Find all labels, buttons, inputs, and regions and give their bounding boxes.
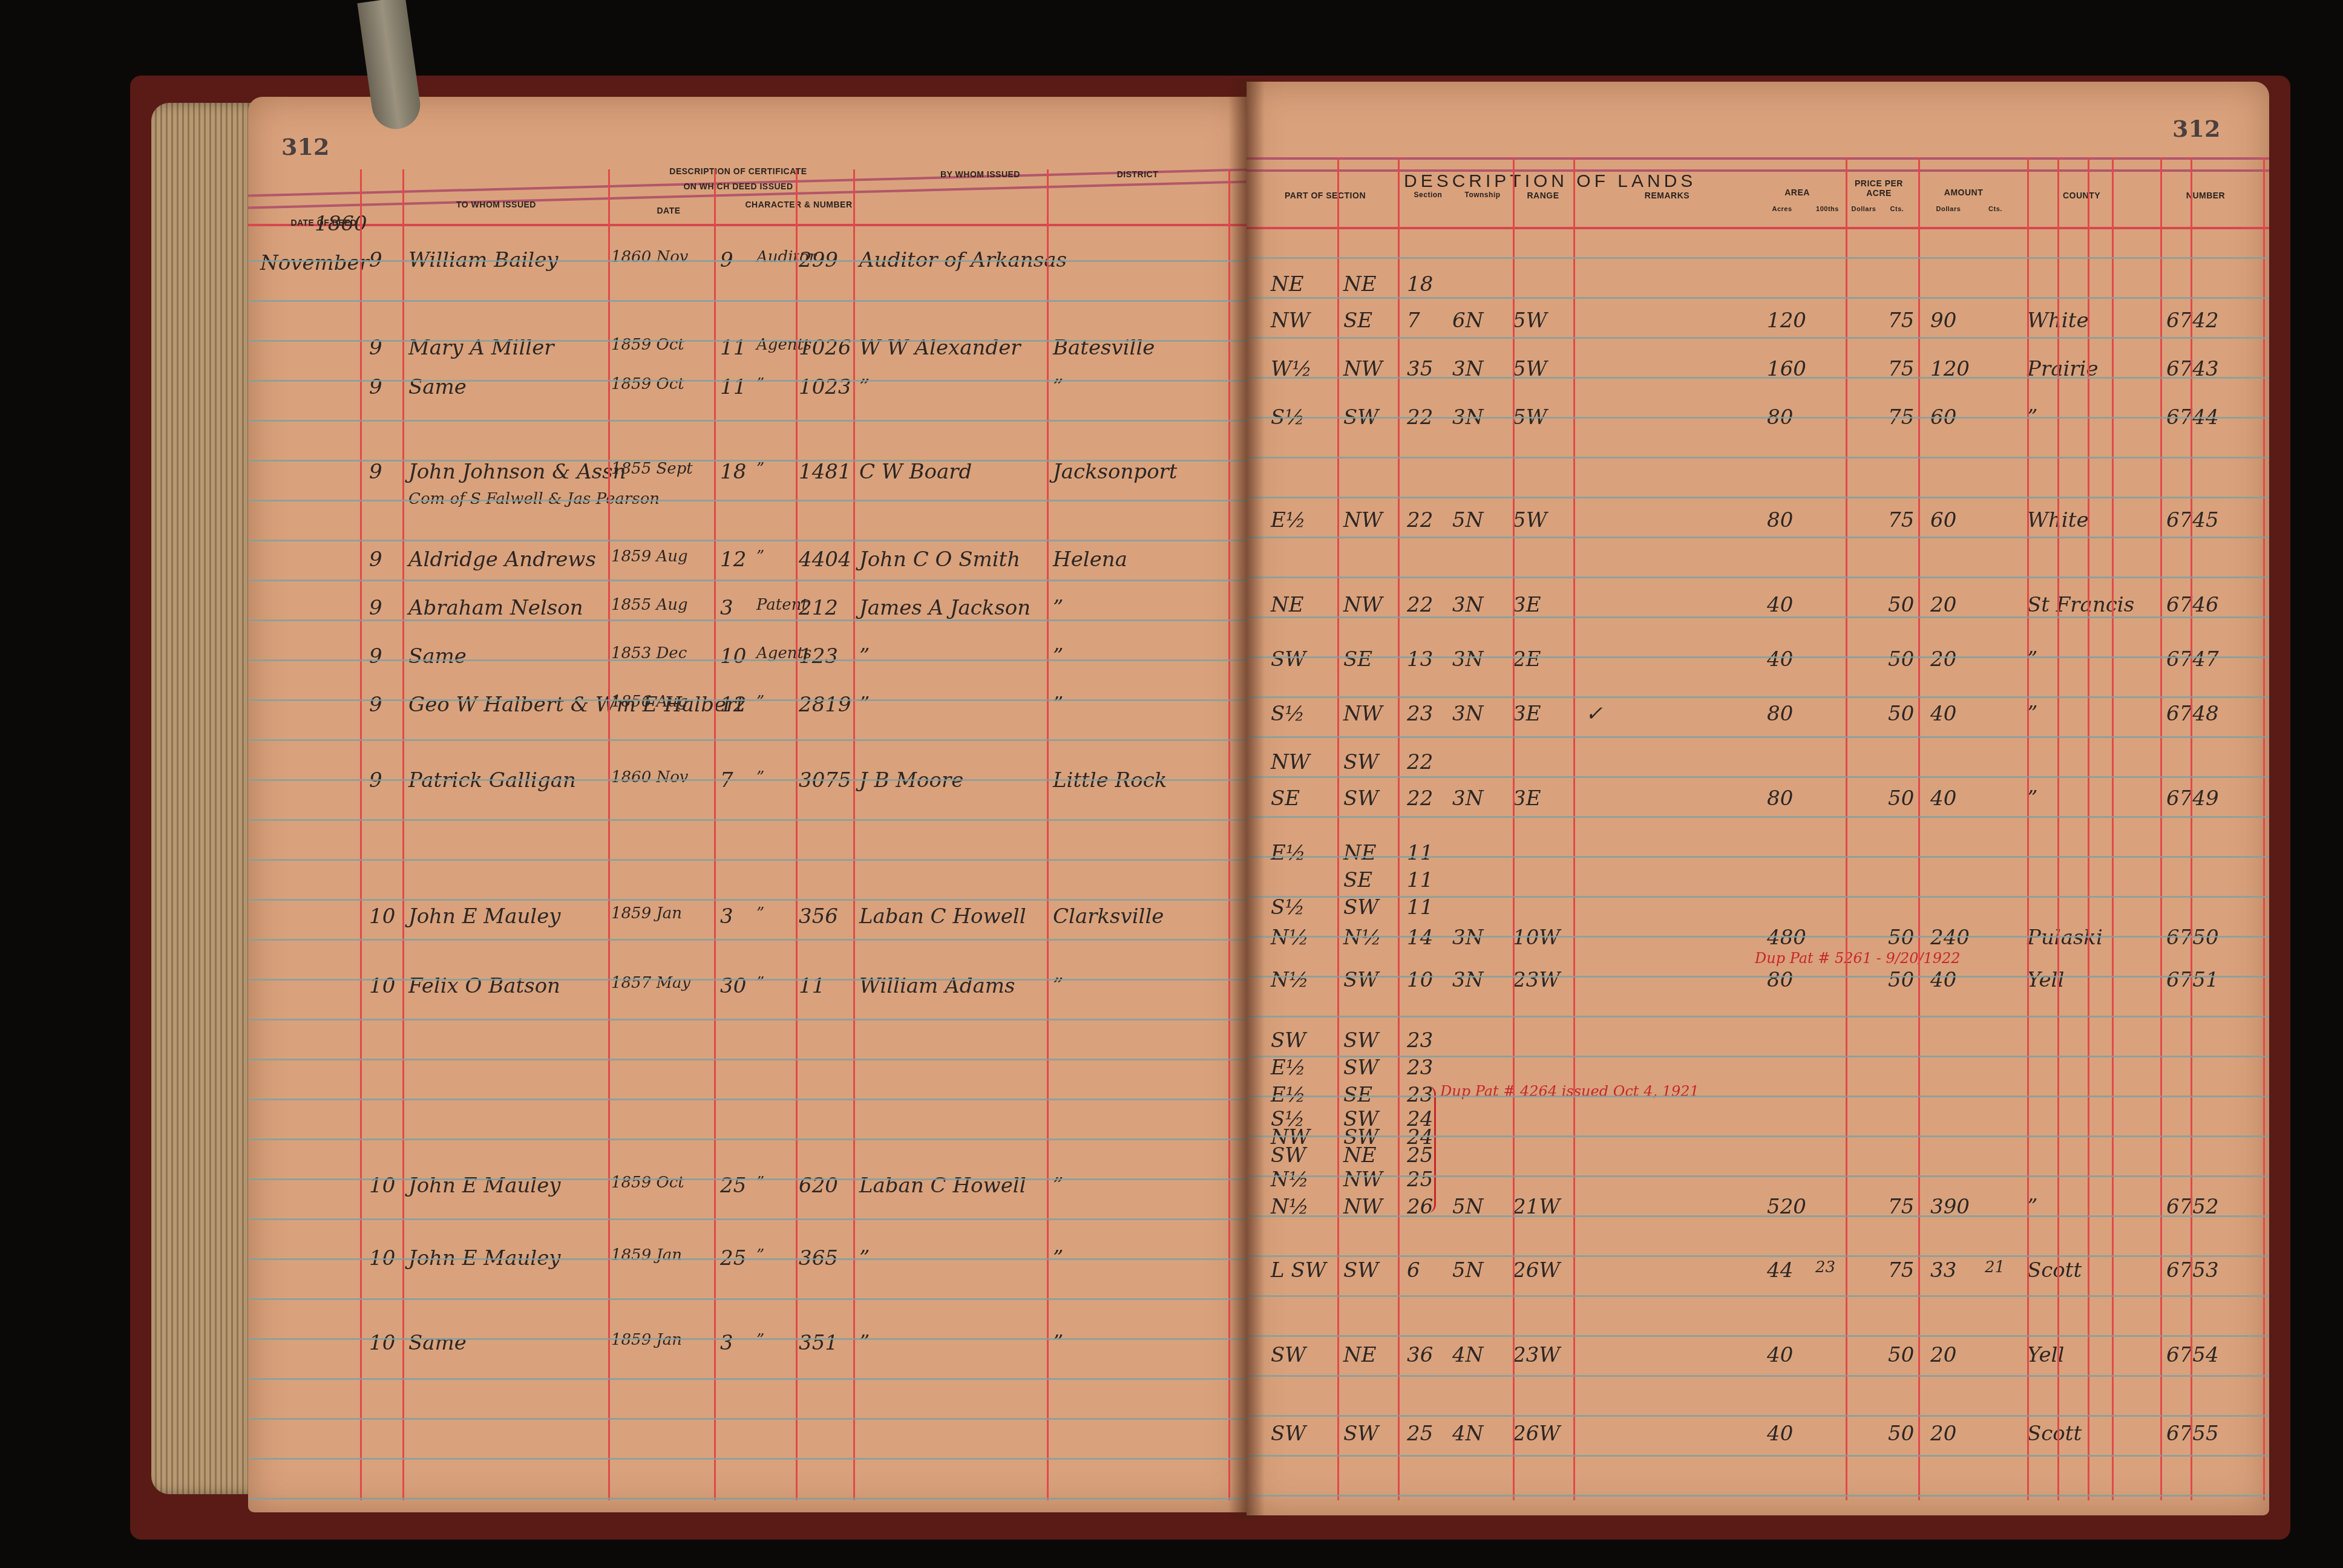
column-rule xyxy=(402,169,404,1500)
area-hundredths: 23 xyxy=(1815,1258,1835,1276)
column-rule xyxy=(2263,157,2265,1500)
entry-district: ” xyxy=(1053,1174,1063,1198)
entry-grantee: John E Mauley xyxy=(408,904,561,929)
column-rule xyxy=(1918,157,1920,1500)
entry-character: ” xyxy=(756,375,764,393)
township: 5N xyxy=(1452,508,1483,532)
ruled-line xyxy=(1247,1096,2269,1097)
ruled-line xyxy=(1247,497,2269,498)
entry-cert-day: 25 xyxy=(720,1174,746,1198)
part-of-section-2: SW xyxy=(1343,750,1378,774)
range: 23W xyxy=(1513,968,1560,992)
entry-cert-date: 1855 Aug xyxy=(611,596,688,614)
entry-cert-date: 1859 Oct xyxy=(611,336,684,354)
entry-issued-by: ” xyxy=(859,1331,870,1355)
ruled-line xyxy=(248,260,1247,262)
entry-grantee: Mary A Miller xyxy=(408,336,554,360)
entry-character: ” xyxy=(756,768,764,786)
price-cents: 75 xyxy=(1888,508,1914,532)
entry-cert-day: 3 xyxy=(720,1331,733,1355)
part-of-section-1: E½ xyxy=(1271,1056,1306,1080)
range: 26W xyxy=(1513,1422,1560,1446)
ruled-line xyxy=(1247,936,2269,938)
column-rule xyxy=(2088,157,2089,1500)
entry-grantee: Same xyxy=(408,1331,467,1355)
ruled-line xyxy=(248,939,1247,941)
ruled-line xyxy=(1247,297,2269,299)
part-of-section-2: SW xyxy=(1343,968,1378,992)
ruled-line xyxy=(1247,976,2269,978)
deed-number: 6754 xyxy=(2166,1343,2219,1367)
ruled-line xyxy=(1247,1375,2269,1377)
deed-number: 6751 xyxy=(2166,968,2219,992)
entry-cert-number: 212 xyxy=(799,596,838,620)
col-number: NUMBER xyxy=(2148,191,2263,200)
entry-cert-number: 2819 xyxy=(799,693,851,717)
township: 6N xyxy=(1452,309,1483,333)
part-of-section-2: SE xyxy=(1343,868,1372,892)
column-rule xyxy=(853,169,855,1500)
price-cents: 50 xyxy=(1888,786,1914,811)
part-of-section-2: NE xyxy=(1343,841,1377,865)
township: 5N xyxy=(1452,1258,1483,1282)
entry-cert-date: 1859 Jan xyxy=(611,1246,682,1264)
page-edges xyxy=(151,103,260,1494)
part-of-section-2: SW xyxy=(1343,1422,1378,1446)
ruled-line xyxy=(248,1338,1247,1340)
right-page: 312 DESCRIPTION OF LANDS PART OF SECTION… xyxy=(1247,82,2269,1515)
column-rule xyxy=(2112,157,2114,1500)
entry-district: ” xyxy=(1053,974,1063,998)
part-of-section-1: E½ xyxy=(1271,841,1306,865)
column-rule xyxy=(1846,157,1847,1500)
range: 26W xyxy=(1513,1258,1560,1282)
part-of-section-2: NW xyxy=(1343,593,1383,617)
range: 5W xyxy=(1513,508,1547,532)
entry-day: 10 xyxy=(369,904,395,929)
part-of-section-1: NE xyxy=(1271,272,1304,296)
entry-issued-by: W W Alexander xyxy=(859,336,1021,360)
book-gutter xyxy=(1228,79,1265,1518)
ruled-line xyxy=(248,500,1247,501)
ruled-line xyxy=(248,1099,1247,1100)
entry-cert-day: 12 xyxy=(720,693,746,717)
entry-day: 9 xyxy=(369,375,382,399)
ruled-line xyxy=(248,460,1247,462)
part-of-section-2: NW xyxy=(1343,1168,1383,1192)
ruled-line xyxy=(248,340,1247,342)
ruled-line xyxy=(1247,377,2269,379)
part-of-section-2: SW xyxy=(1343,1258,1378,1282)
entry-cert-number: 620 xyxy=(799,1174,838,1198)
township: 3N xyxy=(1452,593,1483,617)
ruled-line xyxy=(1247,337,2269,339)
column-rule xyxy=(1047,169,1049,1500)
range: 23W xyxy=(1513,1343,1560,1367)
part-of-section-2: NE xyxy=(1343,1343,1377,1367)
entry-issued-by: ” xyxy=(859,693,870,717)
entry-grantee-line2: Com of S Falwell & Jas Pearson xyxy=(408,490,660,508)
price-cents: 50 xyxy=(1888,1422,1914,1446)
entry-district: Helena xyxy=(1053,547,1127,572)
price-cents: 50 xyxy=(1888,968,1914,992)
part-of-section-1: NE xyxy=(1271,593,1304,617)
ruled-line xyxy=(1247,1056,2269,1057)
entry-cert-number: 1481 xyxy=(799,460,851,484)
price-cents: 75 xyxy=(1888,1258,1914,1282)
part-of-section-1: S½ xyxy=(1271,702,1305,726)
entry-issued-by: William Adams xyxy=(859,974,1015,998)
entry-day: 9 xyxy=(369,460,382,484)
township: 3N xyxy=(1452,647,1483,671)
part-of-section-2: SW xyxy=(1343,1056,1378,1080)
entry-cert-date: 1860 Nov xyxy=(611,768,689,786)
entry-cert-number: 351 xyxy=(799,1331,838,1355)
part-of-section-1: S½ xyxy=(1271,895,1305,920)
ruled-line xyxy=(248,859,1247,861)
range: 2E xyxy=(1513,647,1541,671)
entry-grantee: Felix O Batson xyxy=(408,974,560,998)
entry-cert-date: 1859 Oct xyxy=(611,375,684,393)
ruled-line xyxy=(248,380,1247,382)
ruled-line xyxy=(248,779,1247,781)
header-rule xyxy=(1247,227,2269,229)
col-character-number: CHARACTER & NUMBER xyxy=(732,200,865,209)
deed-number: 6750 xyxy=(2166,926,2219,950)
ruled-line xyxy=(1247,1215,2269,1217)
col-acres: Acres xyxy=(1755,206,1809,213)
ruled-line xyxy=(1247,1016,2269,1018)
ruled-line xyxy=(1247,457,2269,459)
part-of-section-1: SE xyxy=(1271,786,1300,811)
ruled-line xyxy=(1247,776,2269,778)
ruled-line xyxy=(248,699,1247,701)
entry-cert-date: 1860 Nov xyxy=(611,248,689,266)
ruled-line xyxy=(248,1218,1247,1220)
col-area: AREA xyxy=(1755,188,1840,197)
ruled-line xyxy=(248,1178,1247,1180)
entry-issued-by: Laban C Howell xyxy=(859,1174,1026,1198)
part-of-section-1: N½ xyxy=(1271,1168,1309,1192)
remarks: ✓ xyxy=(1585,702,1603,726)
area-acres: 480 xyxy=(1767,926,1806,950)
county: Scott xyxy=(2027,1258,2082,1282)
ruled-line xyxy=(1247,856,2269,858)
part-of-section-1: SW xyxy=(1271,1422,1306,1446)
column-rule xyxy=(714,169,716,1500)
deed-number: 6753 xyxy=(2166,1258,2219,1282)
entry-cert-day: 18 xyxy=(720,460,746,484)
entry-district: ” xyxy=(1053,644,1063,668)
part-of-section-2: SE xyxy=(1343,647,1372,671)
price-cents: 75 xyxy=(1888,309,1914,333)
column-rule xyxy=(1513,157,1515,1500)
col-district: DISTRICT xyxy=(1053,169,1222,179)
col-township: Township xyxy=(1452,191,1513,199)
col-range: RANGE xyxy=(1513,191,1573,200)
entry-day: 9 xyxy=(369,336,382,360)
ruled-line xyxy=(1247,1255,2269,1257)
ruled-line xyxy=(1247,537,2269,538)
column-rule xyxy=(2160,157,2162,1500)
section: 6 xyxy=(1407,1258,1420,1282)
entry-day: 10 xyxy=(369,974,395,998)
entry-issued-by: James A Jackson xyxy=(859,596,1031,620)
entry-district: Batesville xyxy=(1053,336,1155,360)
entry-grantee: Same xyxy=(408,375,467,399)
ruled-line xyxy=(248,1498,1247,1500)
price-cents: 50 xyxy=(1888,647,1914,671)
column-rule xyxy=(1398,157,1400,1500)
entry-character: ” xyxy=(756,904,764,923)
entry-character: ” xyxy=(756,1246,764,1264)
entry-grantee: Abraham Nelson xyxy=(408,596,583,620)
range: 3E xyxy=(1513,593,1541,617)
column-rule xyxy=(2057,157,2059,1500)
part-of-section-1: NW xyxy=(1271,309,1310,333)
ruled-line xyxy=(248,420,1247,422)
ruled-line xyxy=(1247,1415,2269,1417)
ruled-line xyxy=(248,1298,1247,1300)
part-of-section-1: E½ xyxy=(1271,1083,1306,1107)
section-title: DESCRIPTION OF LANDS xyxy=(1404,171,1696,192)
part-of-section-1: NW xyxy=(1271,750,1310,774)
entry-character: ” xyxy=(756,1331,764,1349)
col-to-whom-issued: TO WHOM ISSUED xyxy=(405,200,587,209)
entry-day: 9 xyxy=(369,547,382,572)
column-rule xyxy=(796,169,798,1500)
ruled-line xyxy=(1247,1175,2269,1177)
ruled-line xyxy=(248,1378,1247,1380)
ruled-line xyxy=(248,1458,1247,1460)
entry-day: 9 xyxy=(369,644,382,668)
ruled-line xyxy=(1247,1455,2269,1457)
entry-issued-by: John C O Smith xyxy=(859,547,1020,572)
entry-cert-number: 1026 xyxy=(799,336,851,360)
ruled-line xyxy=(1247,616,2269,618)
ruled-line xyxy=(248,1019,1247,1021)
deed-number: 6747 xyxy=(2166,647,2219,671)
entry-character: ” xyxy=(756,547,764,566)
entry-day: 9 xyxy=(369,693,382,717)
entry-cert-date: 1859 Jan xyxy=(611,904,682,923)
county: Scott xyxy=(2027,1422,2082,1446)
entry-day: 10 xyxy=(369,1174,395,1198)
col-certificate-group: DESCRIPTION OF CERTIFICATE xyxy=(617,166,859,176)
ruled-line xyxy=(1247,736,2269,738)
ruled-line xyxy=(248,1258,1247,1260)
price-cents: 50 xyxy=(1888,1343,1914,1367)
range: 3E xyxy=(1513,786,1541,811)
entry-cert-number: 356 xyxy=(799,904,838,929)
entry-cert-day: 10 xyxy=(720,644,746,668)
entry-grantee: John E Mauley xyxy=(408,1174,561,1198)
ruled-line xyxy=(1247,1295,2269,1297)
entry-district: ” xyxy=(1053,693,1063,717)
ruled-line xyxy=(1247,417,2269,419)
part-of-section-2: SE xyxy=(1343,309,1372,333)
part-of-section-1: N½ xyxy=(1271,968,1309,992)
ruled-line xyxy=(1247,656,2269,658)
part-of-section-2: NE xyxy=(1343,1143,1377,1168)
price-cents: 50 xyxy=(1888,593,1914,617)
entry-day: 9 xyxy=(369,596,382,620)
township: 4N xyxy=(1452,1422,1483,1446)
price-cents: 50 xyxy=(1888,926,1914,950)
left-page: 312 DATE OF DEED TO WHOM ISSUED DESCRIPT… xyxy=(248,97,1247,1512)
ruled-line xyxy=(248,580,1247,581)
ruled-line xyxy=(248,300,1247,302)
entry-cert-day: 11 xyxy=(720,375,746,399)
entry-issued-by: ” xyxy=(859,375,870,399)
entry-character: ” xyxy=(756,974,764,992)
entry-cert-day: 30 xyxy=(720,974,746,998)
header-rule xyxy=(248,224,1247,226)
ruled-line xyxy=(248,899,1247,901)
col-part-of-section: PART OF SECTION xyxy=(1259,191,1392,200)
entry-grantee: Same xyxy=(408,644,467,668)
ruled-line xyxy=(248,1418,1247,1420)
ruled-line xyxy=(248,659,1247,661)
column-rule xyxy=(608,169,610,1500)
part-of-section-2: SE xyxy=(1343,1083,1372,1107)
entry-grantee: Aldridge Andrews xyxy=(408,547,596,572)
entry-character: ” xyxy=(756,1174,764,1192)
range: 5W xyxy=(1513,309,1547,333)
ruled-line xyxy=(1247,1335,2269,1337)
page-number-left: 312 xyxy=(281,133,329,160)
entry-character: ” xyxy=(756,460,764,478)
deed-number: 6745 xyxy=(2166,508,2219,532)
ruled-line xyxy=(248,1138,1247,1140)
part-of-section-2: NE xyxy=(1343,272,1377,296)
entry-issued-by: Laban C Howell xyxy=(859,904,1026,929)
part-of-section-1: E½ xyxy=(1271,508,1306,532)
part-of-section-1: N½ xyxy=(1271,926,1309,950)
entry-cert-date: 1855 Sept xyxy=(611,460,693,478)
township: 3N xyxy=(1452,702,1483,726)
column-rule xyxy=(360,169,362,1500)
column-rule xyxy=(1337,157,1339,1500)
deed-number: 6748 xyxy=(2166,702,2219,726)
township: 4N xyxy=(1452,1343,1483,1367)
ruled-line xyxy=(1247,816,2269,818)
year-note: 1860 xyxy=(315,212,367,236)
entry-cert-number: 11 xyxy=(799,974,825,998)
entry-cert-day: 12 xyxy=(720,547,746,572)
column-rule xyxy=(1573,157,1575,1500)
ruled-line xyxy=(248,739,1247,741)
ruled-line xyxy=(1247,896,2269,898)
ruled-line xyxy=(1247,696,2269,698)
part-of-section-2: N½ xyxy=(1343,926,1381,950)
ruled-line xyxy=(248,619,1247,621)
ruled-line xyxy=(248,979,1247,981)
entry-district: Clarksville xyxy=(1053,904,1164,929)
entry-day: 10 xyxy=(369,1331,395,1355)
col-by-whom-issued: BY WHOM ISSUED xyxy=(890,169,1071,179)
amount-dollars: 240 xyxy=(1930,926,1970,950)
part-of-section-2: SW xyxy=(1343,895,1378,920)
red-annotation: Dup Pat # 5261 - 9/20/1922 xyxy=(1755,950,1961,967)
ruled-line xyxy=(1247,577,2269,578)
entry-cert-day: 3 xyxy=(720,596,733,620)
col-price-per-acre: PRICE PER ACRE xyxy=(1846,178,1912,198)
ruled-line xyxy=(1247,1495,2269,1497)
part-of-section-1: L SW xyxy=(1271,1258,1326,1282)
part-of-section-2: SW xyxy=(1343,1028,1378,1053)
township: 3N xyxy=(1452,786,1483,811)
entry-district: ” xyxy=(1053,1331,1063,1355)
col-remarks: REMARKS xyxy=(1579,191,1755,200)
entry-cert-number: 4404 xyxy=(799,547,851,572)
part-of-section-1: SW xyxy=(1271,647,1306,671)
ruled-line xyxy=(248,1059,1247,1060)
range: 10W xyxy=(1513,926,1560,950)
col-county: COUNTY xyxy=(2015,191,2148,200)
entry-cert-number: 1023 xyxy=(799,375,851,399)
section: 7 xyxy=(1407,309,1420,333)
entry-cert-day: 11 xyxy=(720,336,746,360)
ruled-line xyxy=(248,540,1247,541)
part-of-section-1: SW xyxy=(1271,1143,1306,1168)
entry-cert-date: 1856 Aug xyxy=(611,693,688,711)
deed-number: 6742 xyxy=(2166,309,2219,333)
deed-number: 6755 xyxy=(2166,1422,2219,1446)
column-rule xyxy=(2191,157,2192,1500)
deed-number: 6746 xyxy=(2166,593,2219,617)
entry-cert-date: 1859 Oct xyxy=(611,1174,684,1192)
part-of-section-2: SW xyxy=(1343,786,1378,811)
entry-grantee: Geo W Halbert & Wm E Halbert xyxy=(408,693,744,717)
part-of-section-1: SW xyxy=(1271,1028,1306,1053)
county: Pulaski xyxy=(2027,926,2103,950)
entry-cert-number: 123 xyxy=(799,644,838,668)
part-of-section-1: SW xyxy=(1271,1343,1306,1367)
entry-cert-date: 1857 May xyxy=(611,974,690,992)
ruled-line xyxy=(1247,1135,2269,1137)
entry-issued-by: ” xyxy=(859,644,870,668)
part-of-section-2: NW xyxy=(1343,508,1383,532)
entry-cert-date: 1859 Jan xyxy=(611,1331,682,1349)
township: 3N xyxy=(1452,926,1483,950)
entry-cert-date: 1859 Aug xyxy=(611,547,688,566)
ruled-line xyxy=(248,819,1247,821)
entry-character: ” xyxy=(756,693,764,711)
range: 3E xyxy=(1513,702,1541,726)
entry-issued-by: C W Board xyxy=(859,460,972,484)
header-rule xyxy=(1247,157,2269,172)
area-acres: 120 xyxy=(1767,309,1806,333)
part-of-section-2: NW xyxy=(1343,702,1383,726)
deed-number: 6749 xyxy=(2166,786,2219,811)
col-cert-date: DATE xyxy=(617,206,720,215)
entry-cert-day: 3 xyxy=(720,904,733,929)
entry-district: ” xyxy=(1053,596,1063,620)
county: St Francis xyxy=(2027,593,2134,617)
entry-grantee: John Johnson & Assn xyxy=(408,460,626,484)
ruled-line xyxy=(1247,257,2269,259)
col-certificate-subgroup: ON WHICH DEED ISSUED xyxy=(617,181,859,191)
col-price-cts: Cts. xyxy=(1885,206,1909,213)
entry-district: Jacksonport xyxy=(1053,460,1178,484)
township: 3N xyxy=(1452,968,1483,992)
col-amount-dollars: Dollars xyxy=(1918,206,1979,213)
month-note: November xyxy=(260,251,369,275)
price-cents: 50 xyxy=(1888,702,1914,726)
entry-district: ” xyxy=(1053,375,1063,399)
page-number-right: 312 xyxy=(2172,115,2220,142)
